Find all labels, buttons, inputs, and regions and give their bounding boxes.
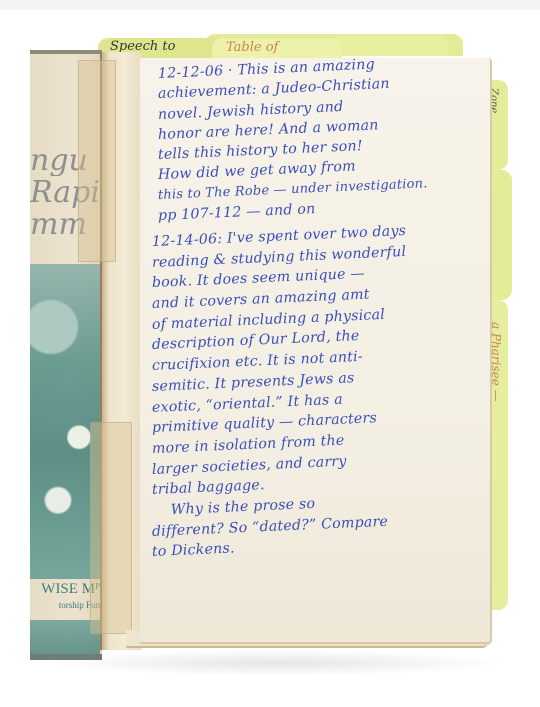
- journal-entry-2: 12-14-06: I've spent over two days readi…: [152, 232, 406, 563]
- tape-strip: [78, 60, 116, 262]
- tab-table: Table of: [212, 38, 342, 58]
- book-shadow: [40, 650, 510, 676]
- spine-gutter: [100, 52, 142, 650]
- journal-entry-1: 12-12-06 · This is an amazing achievemen…: [158, 64, 428, 226]
- tape-strip: [90, 422, 132, 634]
- tab-table-label: Table of: [226, 40, 278, 55]
- top-strip: [0, 0, 540, 10]
- journal-page: 12-12-06 · This is an amazing achievemen…: [140, 58, 492, 644]
- photo-scene: Speech to Table of Zone a Pharisee — ngu…: [0, 0, 540, 707]
